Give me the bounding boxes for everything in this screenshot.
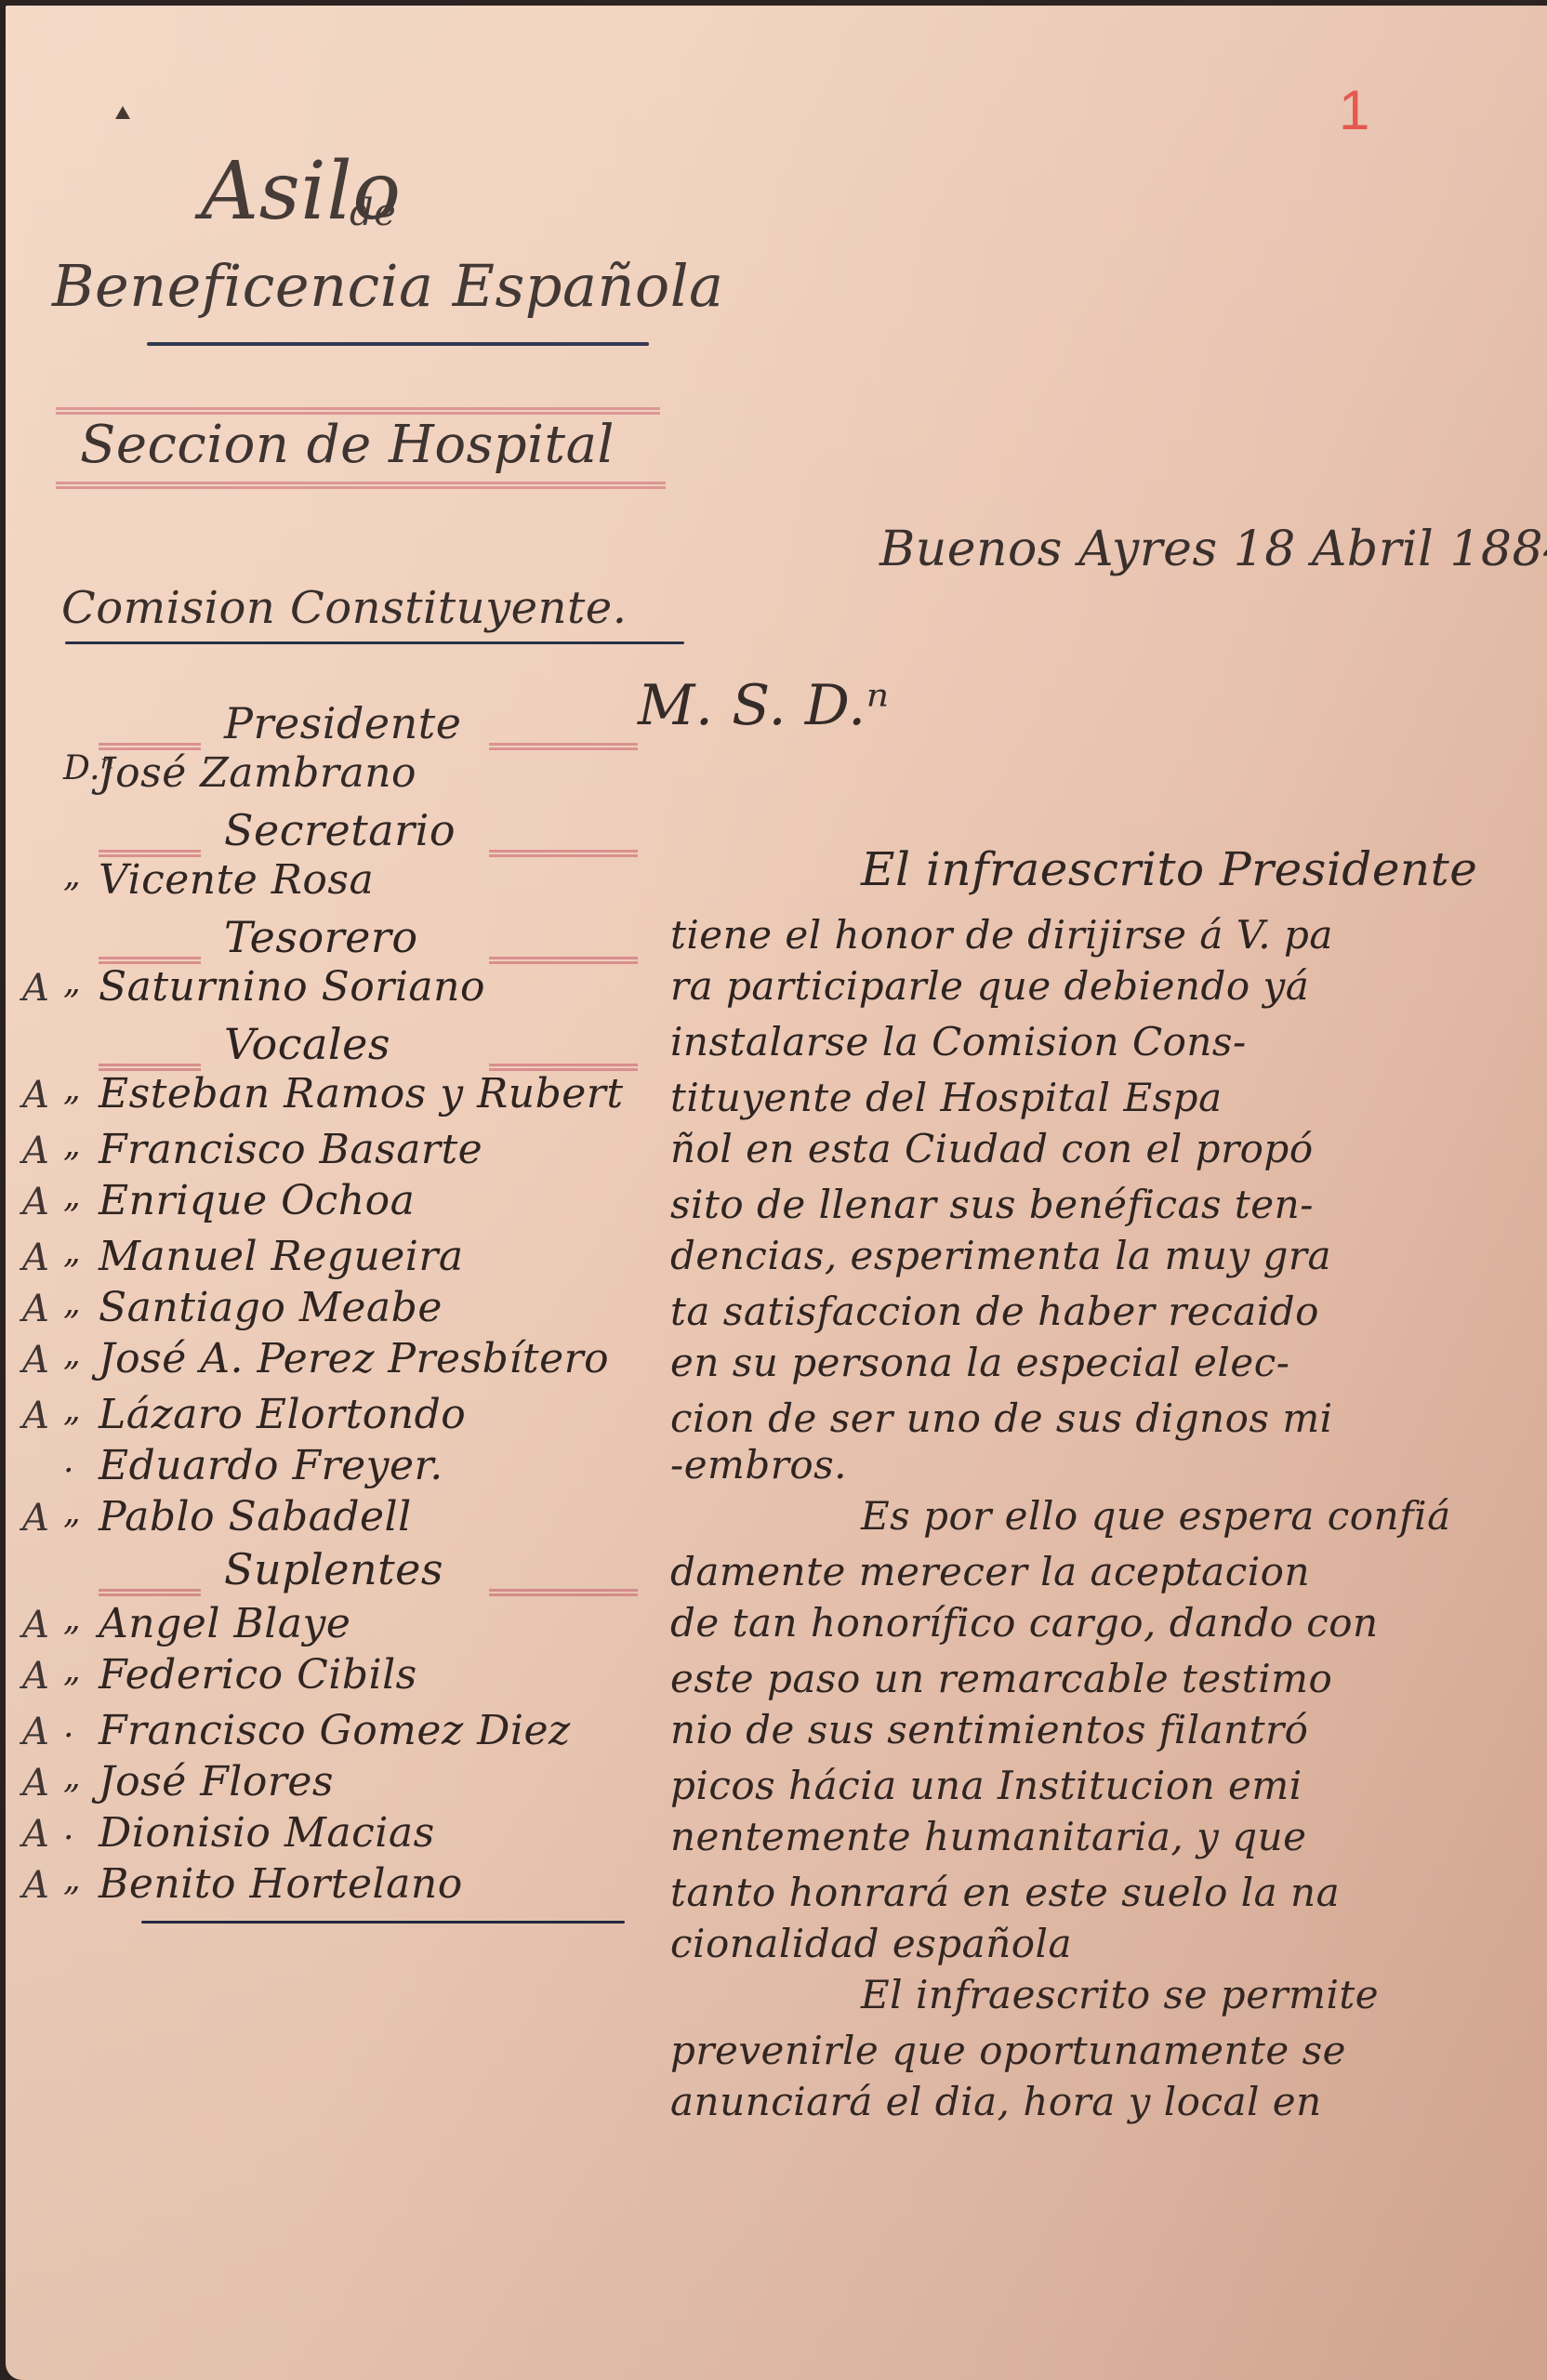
letter-line: damente merecer la aceptacion bbox=[670, 1549, 1310, 1594]
letter-line: El infraescrito se permite bbox=[861, 1972, 1379, 2017]
member-name: Eduardo Freyer. bbox=[99, 1442, 443, 1489]
member-prefix: „ bbox=[63, 1126, 81, 1164]
member-name: Benito Hortelano bbox=[99, 1860, 463, 1908]
letterhead-underline bbox=[147, 342, 649, 346]
role-rule-right bbox=[489, 1589, 638, 1596]
roster-role-heading: Vocales bbox=[224, 1019, 390, 1069]
member-prefix: „ bbox=[63, 1070, 81, 1108]
approval-mark: A bbox=[22, 1497, 49, 1540]
member-name: José A. Perez Presbítero bbox=[99, 1335, 609, 1382]
folio-number: 1 bbox=[1339, 78, 1369, 142]
letter-line: en su persona la especial elec- bbox=[670, 1340, 1289, 1385]
roster-role-heading: Suplentes bbox=[224, 1544, 443, 1594]
member-prefix: „ bbox=[63, 1284, 81, 1322]
approval-mark: A bbox=[22, 1864, 49, 1907]
member-name: Enrique Ochoa bbox=[99, 1177, 415, 1224]
commission-underline bbox=[65, 641, 684, 644]
roster-role-heading: Secretario bbox=[224, 805, 456, 855]
letter-line: dencias, esperimenta la muy gra bbox=[670, 1233, 1331, 1278]
letter-line: tanto honrará en este suelo la na bbox=[670, 1870, 1340, 1915]
letter-line: Es por ello que espera confiá bbox=[861, 1493, 1451, 1539]
letterhead-subtitle: Beneficencia Española bbox=[52, 252, 724, 320]
member-name: Vicente Rosa bbox=[99, 856, 374, 904]
member-name: Dionisio Macias bbox=[99, 1809, 435, 1857]
member-name: Manuel Regueira bbox=[99, 1233, 464, 1280]
punch-hole bbox=[115, 106, 130, 119]
letter-line: cion de ser uno de sus dignos mi bbox=[670, 1395, 1333, 1441]
letter-line: El infraescrito Presidente bbox=[861, 842, 1477, 896]
member-prefix: . bbox=[63, 1442, 74, 1480]
letter-line: ta satisfaccion de haber recaido bbox=[670, 1289, 1319, 1334]
member-prefix: „ bbox=[63, 1860, 81, 1898]
approval-mark: A bbox=[22, 1711, 49, 1753]
member-prefix: „ bbox=[63, 1177, 81, 1215]
role-rule-right bbox=[489, 957, 638, 964]
member-prefix: „ bbox=[63, 1335, 81, 1373]
member-prefix: „ bbox=[63, 1493, 81, 1531]
letter-line: anunciará el dia, hora y local en bbox=[670, 2079, 1322, 2124]
section-title: Seccion de Hospital bbox=[80, 415, 615, 475]
roster-end-rule bbox=[141, 1921, 625, 1924]
member-prefix: „ bbox=[63, 1651, 81, 1689]
member-name: Francisco Gomez Diez bbox=[99, 1707, 571, 1754]
approval-mark: A bbox=[22, 1074, 49, 1117]
member-name: Federico Cibils bbox=[99, 1651, 417, 1699]
commission-title: Comision Constituyente. bbox=[61, 582, 627, 634]
place-date: Buenos Ayres 18 Abril 1884 bbox=[879, 522, 1547, 577]
approval-mark: A bbox=[22, 1813, 49, 1856]
member-name: Lázaro Elortondo bbox=[99, 1391, 466, 1438]
member-prefix: „ bbox=[63, 1758, 81, 1796]
letter-line: prevenirle que oportunamente se bbox=[670, 2028, 1346, 2073]
member-name: Francisco Basarte bbox=[99, 1126, 483, 1173]
member-name: Pablo Sabadell bbox=[99, 1493, 412, 1540]
role-rule-right bbox=[489, 850, 638, 857]
letter-line: cionalidad española bbox=[670, 1921, 1072, 1966]
letter-line: tituyente del Hospital Espa bbox=[670, 1075, 1223, 1120]
member-name: José Flores bbox=[99, 1758, 334, 1805]
letter-line: ñol en esta Ciudad con el propó bbox=[670, 1126, 1314, 1171]
member-name: Angel Blaye bbox=[99, 1600, 350, 1647]
roster-role-heading: Tesorero bbox=[224, 912, 418, 962]
member-name: Santiago Meabe bbox=[99, 1284, 443, 1331]
letter-line: tiene el honor de dirijirse á V. pa bbox=[670, 912, 1333, 958]
letter-line: nentemente humanitaria, y que bbox=[670, 1814, 1307, 1859]
document-page: 1 Asilo de Beneficencia Española Seccion… bbox=[6, 6, 1547, 2380]
section-rule-top bbox=[56, 407, 660, 415]
member-prefix: . bbox=[63, 1809, 74, 1847]
approval-mark: A bbox=[22, 1130, 49, 1172]
letter-line: este paso un remarcable testimo bbox=[670, 1656, 1332, 1701]
letterhead-de: de bbox=[350, 192, 396, 234]
approval-mark: A bbox=[22, 1288, 49, 1330]
letter-line: -embros. bbox=[670, 1442, 847, 1487]
member-name: Esteban Ramos y Rubert bbox=[99, 1070, 624, 1117]
member-name: Saturnino Soriano bbox=[99, 963, 485, 1011]
letter-line: picos hácia una Institucion emi bbox=[670, 1763, 1302, 1808]
member-prefix: „ bbox=[63, 1233, 81, 1271]
letter-line: sito de llenar sus benéficas ten- bbox=[670, 1182, 1314, 1227]
role-rule-right bbox=[489, 743, 638, 750]
approval-mark: A bbox=[22, 1339, 49, 1382]
approval-mark: A bbox=[22, 967, 49, 1010]
member-prefix: „ bbox=[63, 1600, 81, 1638]
role-rule-left bbox=[99, 1589, 201, 1596]
roster-role-heading: Presidente bbox=[224, 698, 461, 748]
member-name: José Zambrano bbox=[99, 749, 416, 797]
salutation: M. S. D.ⁿ bbox=[638, 673, 890, 738]
member-prefix: . bbox=[63, 1707, 74, 1745]
letter-line: ra participarle que debiendo yá bbox=[670, 963, 1309, 1009]
approval-mark: A bbox=[22, 1181, 49, 1223]
approval-mark: A bbox=[22, 1395, 49, 1437]
letter-line: de tan honorífico cargo, dando con bbox=[670, 1600, 1379, 1646]
approval-mark: A bbox=[22, 1762, 49, 1805]
approval-mark: A bbox=[22, 1604, 49, 1646]
letter-line: nio de sus sentimientos filantró bbox=[670, 1707, 1308, 1752]
approval-mark: A bbox=[22, 1655, 49, 1698]
member-prefix: „ bbox=[63, 1391, 81, 1429]
member-prefix: „ bbox=[63, 856, 81, 894]
section-rule-bottom bbox=[56, 482, 666, 489]
approval-mark: A bbox=[22, 1236, 49, 1279]
letter-line: instalarse la Comision Cons- bbox=[670, 1019, 1247, 1064]
member-prefix: „ bbox=[63, 963, 81, 1001]
